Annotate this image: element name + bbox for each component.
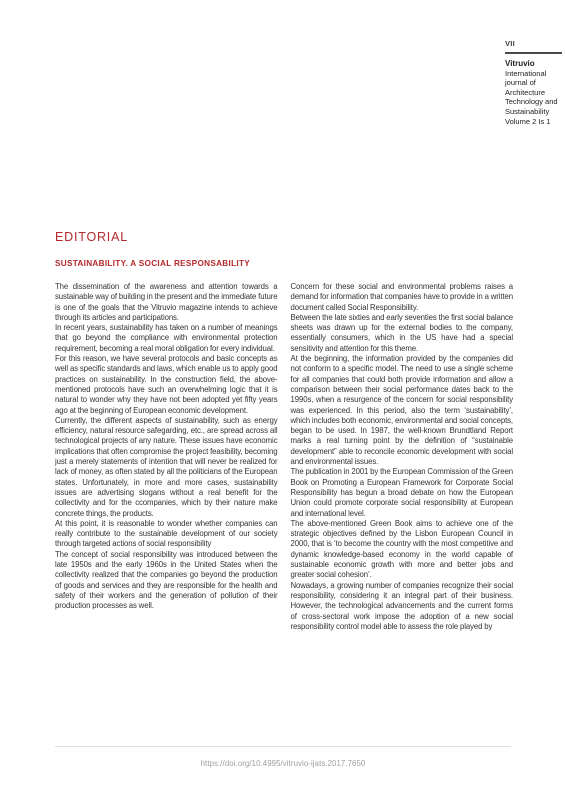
para: Between the late sixties and early seven… <box>291 313 514 354</box>
journal-line: Sustainability <box>505 107 562 117</box>
journal-line: International <box>505 69 562 79</box>
journal-line: Architecture <box>505 88 562 98</box>
para: The above-mentioned Green Book aims to a… <box>291 519 514 581</box>
para: Concern for these social and environment… <box>291 282 514 313</box>
masthead: VII VitruvioInternationaljournal ofArchi… <box>505 39 562 126</box>
footer-rule <box>55 746 511 747</box>
para: In recent years, sustainability has take… <box>55 323 278 354</box>
para: For this reason, we have several protoco… <box>55 354 278 416</box>
para: Nowadays, a growing number of companies … <box>291 581 514 632</box>
para: At the beginning, the information provid… <box>291 354 514 467</box>
journal-line: Vitruvio <box>505 59 562 69</box>
article-body: The dissemination of the awareness and a… <box>55 282 513 632</box>
column-left: The dissemination of the awareness and a… <box>55 282 278 632</box>
para: At this point, it is reasonable to wonde… <box>55 519 278 550</box>
journal-editorial-page: VII VitruvioInternationaljournal ofArchi… <box>0 0 565 800</box>
page-number: VII <box>505 39 562 48</box>
journal-title-block: VitruvioInternationaljournal ofArchitect… <box>505 59 562 126</box>
column-right: Concern for these social and environment… <box>291 282 514 632</box>
para: Currently, the different aspects of sust… <box>55 416 278 519</box>
journal-line: Volume 2 Is 1 <box>505 117 562 127</box>
para: The dissemination of the awareness and a… <box>55 282 278 323</box>
article-title: SUSTAINABILITY. A SOCIAL RESPONSABILITY <box>55 259 513 268</box>
article: EDITORIAL SUSTAINABILITY. A SOCIAL RESPO… <box>55 230 513 632</box>
page-title: EDITORIAL <box>55 230 513 244</box>
doi-link[interactable]: https://doi.org/10.4995/vitruvio-ijats.2… <box>55 759 511 768</box>
masthead-rule <box>505 52 562 54</box>
journal-line: Technology and <box>505 97 562 107</box>
para: The concept of social responsibility was… <box>55 550 278 612</box>
journal-line: journal of <box>505 78 562 88</box>
para: The publication in 2001 by the European … <box>291 467 514 518</box>
